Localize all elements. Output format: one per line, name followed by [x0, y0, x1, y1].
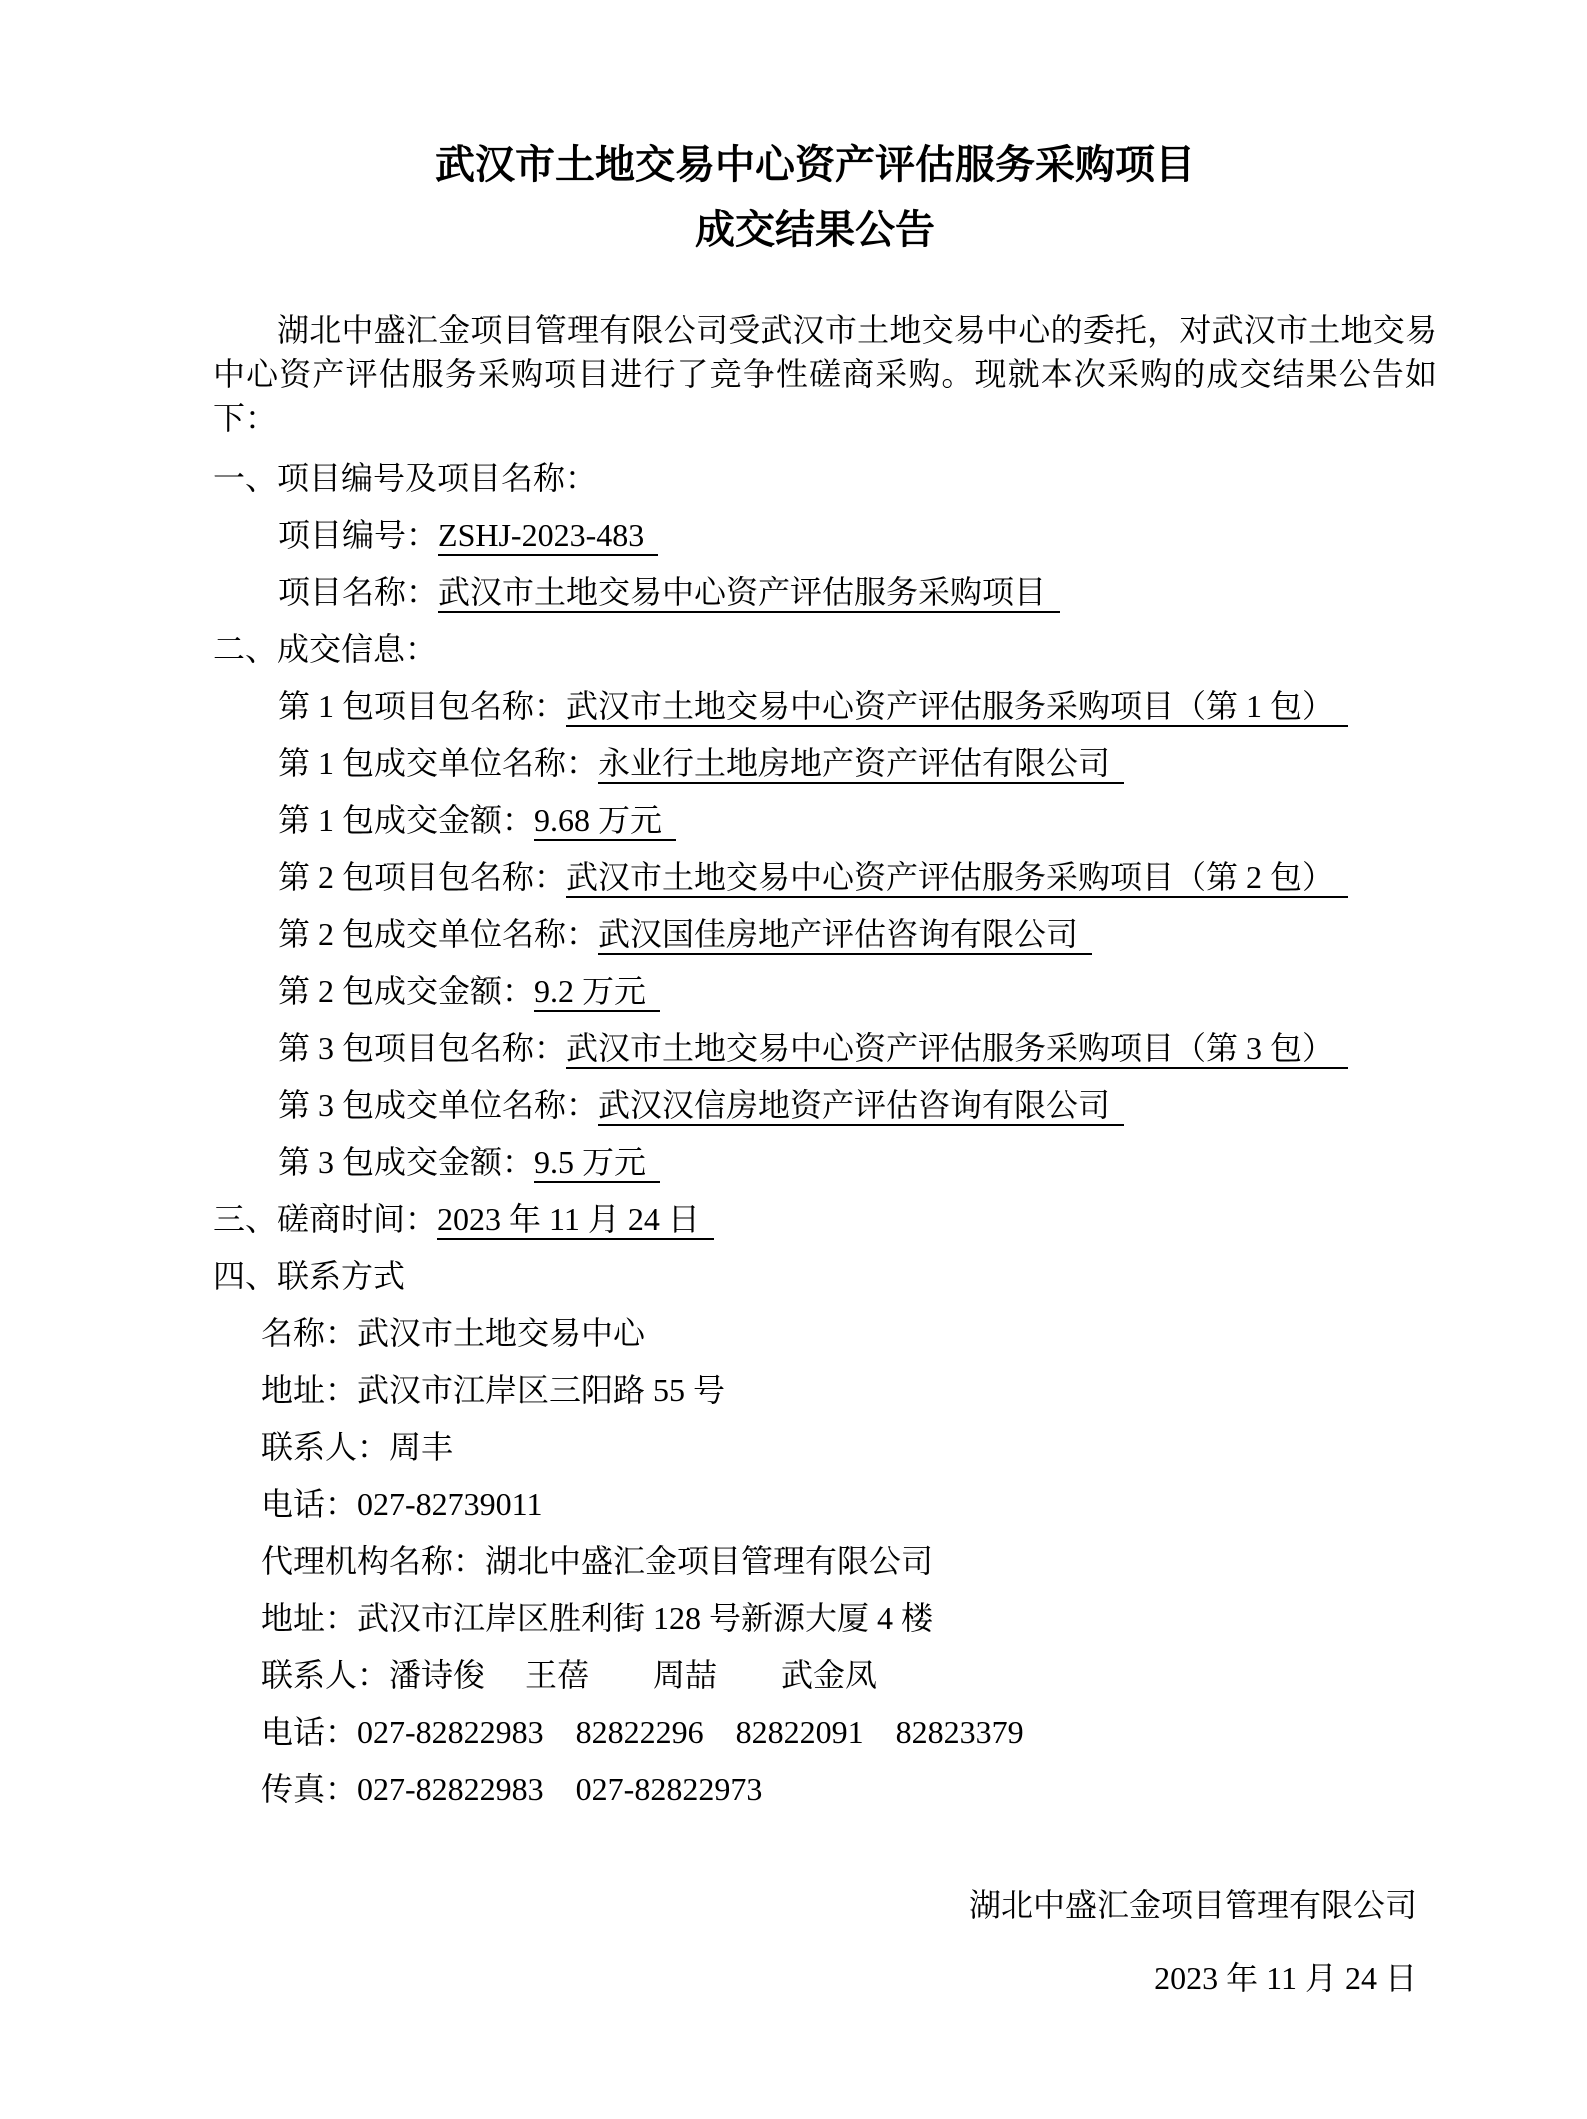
section2-heading: 二、成交信息：	[213, 621, 1417, 678]
agency-fax-label: 传真：	[261, 1771, 357, 1807]
project-number-value: ZSHJ-2023-483	[438, 517, 658, 556]
section4-heading: 四、联系方式	[213, 1248, 1417, 1305]
announcement-page: 武汉市土地交易中心资产评估服务采购项目 成交结果公告 湖北中盛汇金项目管理有限公…	[0, 0, 1587, 2119]
package2-winner-line: 第 2 包成交单位名称：武汉国佳房地产评估咨询有限公司	[278, 906, 1417, 963]
package2-name-value: 武汉市土地交易中心资产评估服务采购项目（第 2 包）	[566, 859, 1348, 898]
signature-company: 湖北中盛汇金项目管理有限公司	[213, 1877, 1417, 1934]
project-name-value: 武汉市土地交易中心资产评估服务采购项目	[438, 574, 1060, 613]
package3-name-label: 第 3 包项目包名称：	[278, 1030, 566, 1066]
signature-date: 2023 年 11 月 24 日	[213, 1950, 1417, 2007]
agency-name-value: 湖北中盛汇金项目管理有限公司	[485, 1543, 933, 1579]
section3-line: 三、磋商时间：2023 年 11 月 24 日	[213, 1191, 1417, 1248]
package2-winner-label: 第 2 包成交单位名称：	[278, 916, 598, 952]
buyer-contact-label: 联系人：	[261, 1429, 389, 1465]
buyer-phone-line: 电话：027-82739011	[261, 1476, 1417, 1533]
agency-address-line: 地址：武汉市江岸区胜利街 128 号新源大厦 4 楼	[261, 1590, 1417, 1647]
package1-amount-value: 9.68 万元	[534, 802, 676, 841]
package3-winner-value: 武汉汉信房地资产评估咨询有限公司	[598, 1087, 1124, 1126]
document-title: 武汉市土地交易中心资产评估服务采购项目 成交结果公告	[213, 132, 1417, 262]
package3-name-line: 第 3 包项目包名称：武汉市土地交易中心资产评估服务采购项目（第 3 包）	[278, 1020, 1417, 1077]
intro-paragraph: 湖北中盛汇金项目管理有限公司受武汉市土地交易中心的委托，对武汉市土地交易中心资产…	[213, 308, 1437, 440]
agency-contact-label: 联系人：	[261, 1657, 389, 1693]
buyer-name-label: 名称：	[261, 1315, 357, 1351]
package2-amount-line: 第 2 包成交金额：9.2 万元	[278, 963, 1417, 1020]
agency-phone-label: 电话：	[261, 1714, 357, 1750]
package1-amount-line: 第 1 包成交金额：9.68 万元	[278, 792, 1417, 849]
package1-winner-value: 永业行土地房地产资产评估有限公司	[598, 745, 1124, 784]
package2-name-line: 第 2 包项目包名称：武汉市土地交易中心资产评估服务采购项目（第 2 包）	[278, 849, 1417, 906]
project-number-label: 项目编号：	[278, 517, 438, 553]
package1-name-value: 武汉市土地交易中心资产评估服务采购项目（第 1 包）	[566, 688, 1348, 727]
project-number-line: 项目编号：ZSHJ-2023-483	[278, 507, 1417, 564]
agency-name-line: 代理机构名称：湖北中盛汇金项目管理有限公司	[261, 1533, 1417, 1590]
agency-contact-value: 潘诗俊 王蓓 周喆 武金凤	[389, 1657, 877, 1693]
package3-amount-value: 9.5 万元	[534, 1144, 660, 1183]
package1-winner-line: 第 1 包成交单位名称：永业行土地房地产资产评估有限公司	[278, 735, 1417, 792]
package1-amount-label: 第 1 包成交金额：	[278, 802, 534, 838]
agency-name-label: 代理机构名称：	[261, 1543, 485, 1579]
buyer-contact-line: 联系人：周丰	[261, 1419, 1417, 1476]
project-name-label: 项目名称：	[278, 574, 438, 610]
buyer-phone-label: 电话：	[261, 1486, 357, 1522]
buyer-address-value: 武汉市江岸区三阳路 55 号	[357, 1372, 725, 1408]
package2-amount-label: 第 2 包成交金额：	[278, 973, 534, 1009]
buyer-contact-value: 周丰	[389, 1429, 453, 1465]
package1-winner-label: 第 1 包成交单位名称：	[278, 745, 598, 781]
package3-amount-line: 第 3 包成交金额：9.5 万元	[278, 1134, 1417, 1191]
agency-address-value: 武汉市江岸区胜利街 128 号新源大厦 4 楼	[357, 1600, 933, 1636]
negotiation-time-value: 2023 年 11 月 24 日	[437, 1201, 714, 1240]
package3-amount-label: 第 3 包成交金额：	[278, 1144, 534, 1180]
buyer-address-line: 地址：武汉市江岸区三阳路 55 号	[261, 1362, 1417, 1419]
agency-phone-line: 电话：027-82822983 82822296 82822091 828233…	[261, 1704, 1417, 1761]
buyer-phone-value: 027-82739011	[357, 1486, 542, 1522]
package3-name-value: 武汉市土地交易中心资产评估服务采购项目（第 3 包）	[566, 1030, 1348, 1069]
package2-amount-value: 9.2 万元	[534, 973, 660, 1012]
title-line-2: 成交结果公告	[213, 197, 1417, 262]
buyer-name-line: 名称：武汉市土地交易中心	[261, 1305, 1417, 1362]
buyer-name-value: 武汉市土地交易中心	[357, 1315, 645, 1351]
agency-fax-value: 027-82822983 027-82822973	[357, 1771, 762, 1807]
package2-name-label: 第 2 包项目包名称：	[278, 859, 566, 895]
package2-winner-value: 武汉国佳房地产评估咨询有限公司	[598, 916, 1092, 955]
package1-name-label: 第 1 包项目包名称：	[278, 688, 566, 724]
package3-winner-line: 第 3 包成交单位名称：武汉汉信房地资产评估咨询有限公司	[278, 1077, 1417, 1134]
title-line-1: 武汉市土地交易中心资产评估服务采购项目	[213, 132, 1417, 197]
document-body: 一、项目编号及项目名称： 项目编号：ZSHJ-2023-483 项目名称：武汉市…	[213, 450, 1417, 1818]
agency-contact-line: 联系人：潘诗俊 王蓓 周喆 武金凤	[261, 1647, 1417, 1704]
section1-heading: 一、项目编号及项目名称：	[213, 450, 1417, 507]
project-name-line: 项目名称：武汉市土地交易中心资产评估服务采购项目	[278, 564, 1417, 621]
agency-address-label: 地址：	[261, 1600, 357, 1636]
buyer-address-label: 地址：	[261, 1372, 357, 1408]
agency-fax-line: 传真：027-82822983 027-82822973	[261, 1761, 1417, 1818]
package3-winner-label: 第 3 包成交单位名称：	[278, 1087, 598, 1123]
negotiation-time-label: 三、磋商时间：	[213, 1201, 437, 1237]
package1-name-line: 第 1 包项目包名称：武汉市土地交易中心资产评估服务采购项目（第 1 包）	[278, 678, 1417, 735]
agency-phone-value: 027-82822983 82822296 82822091 82823379	[357, 1714, 1024, 1750]
